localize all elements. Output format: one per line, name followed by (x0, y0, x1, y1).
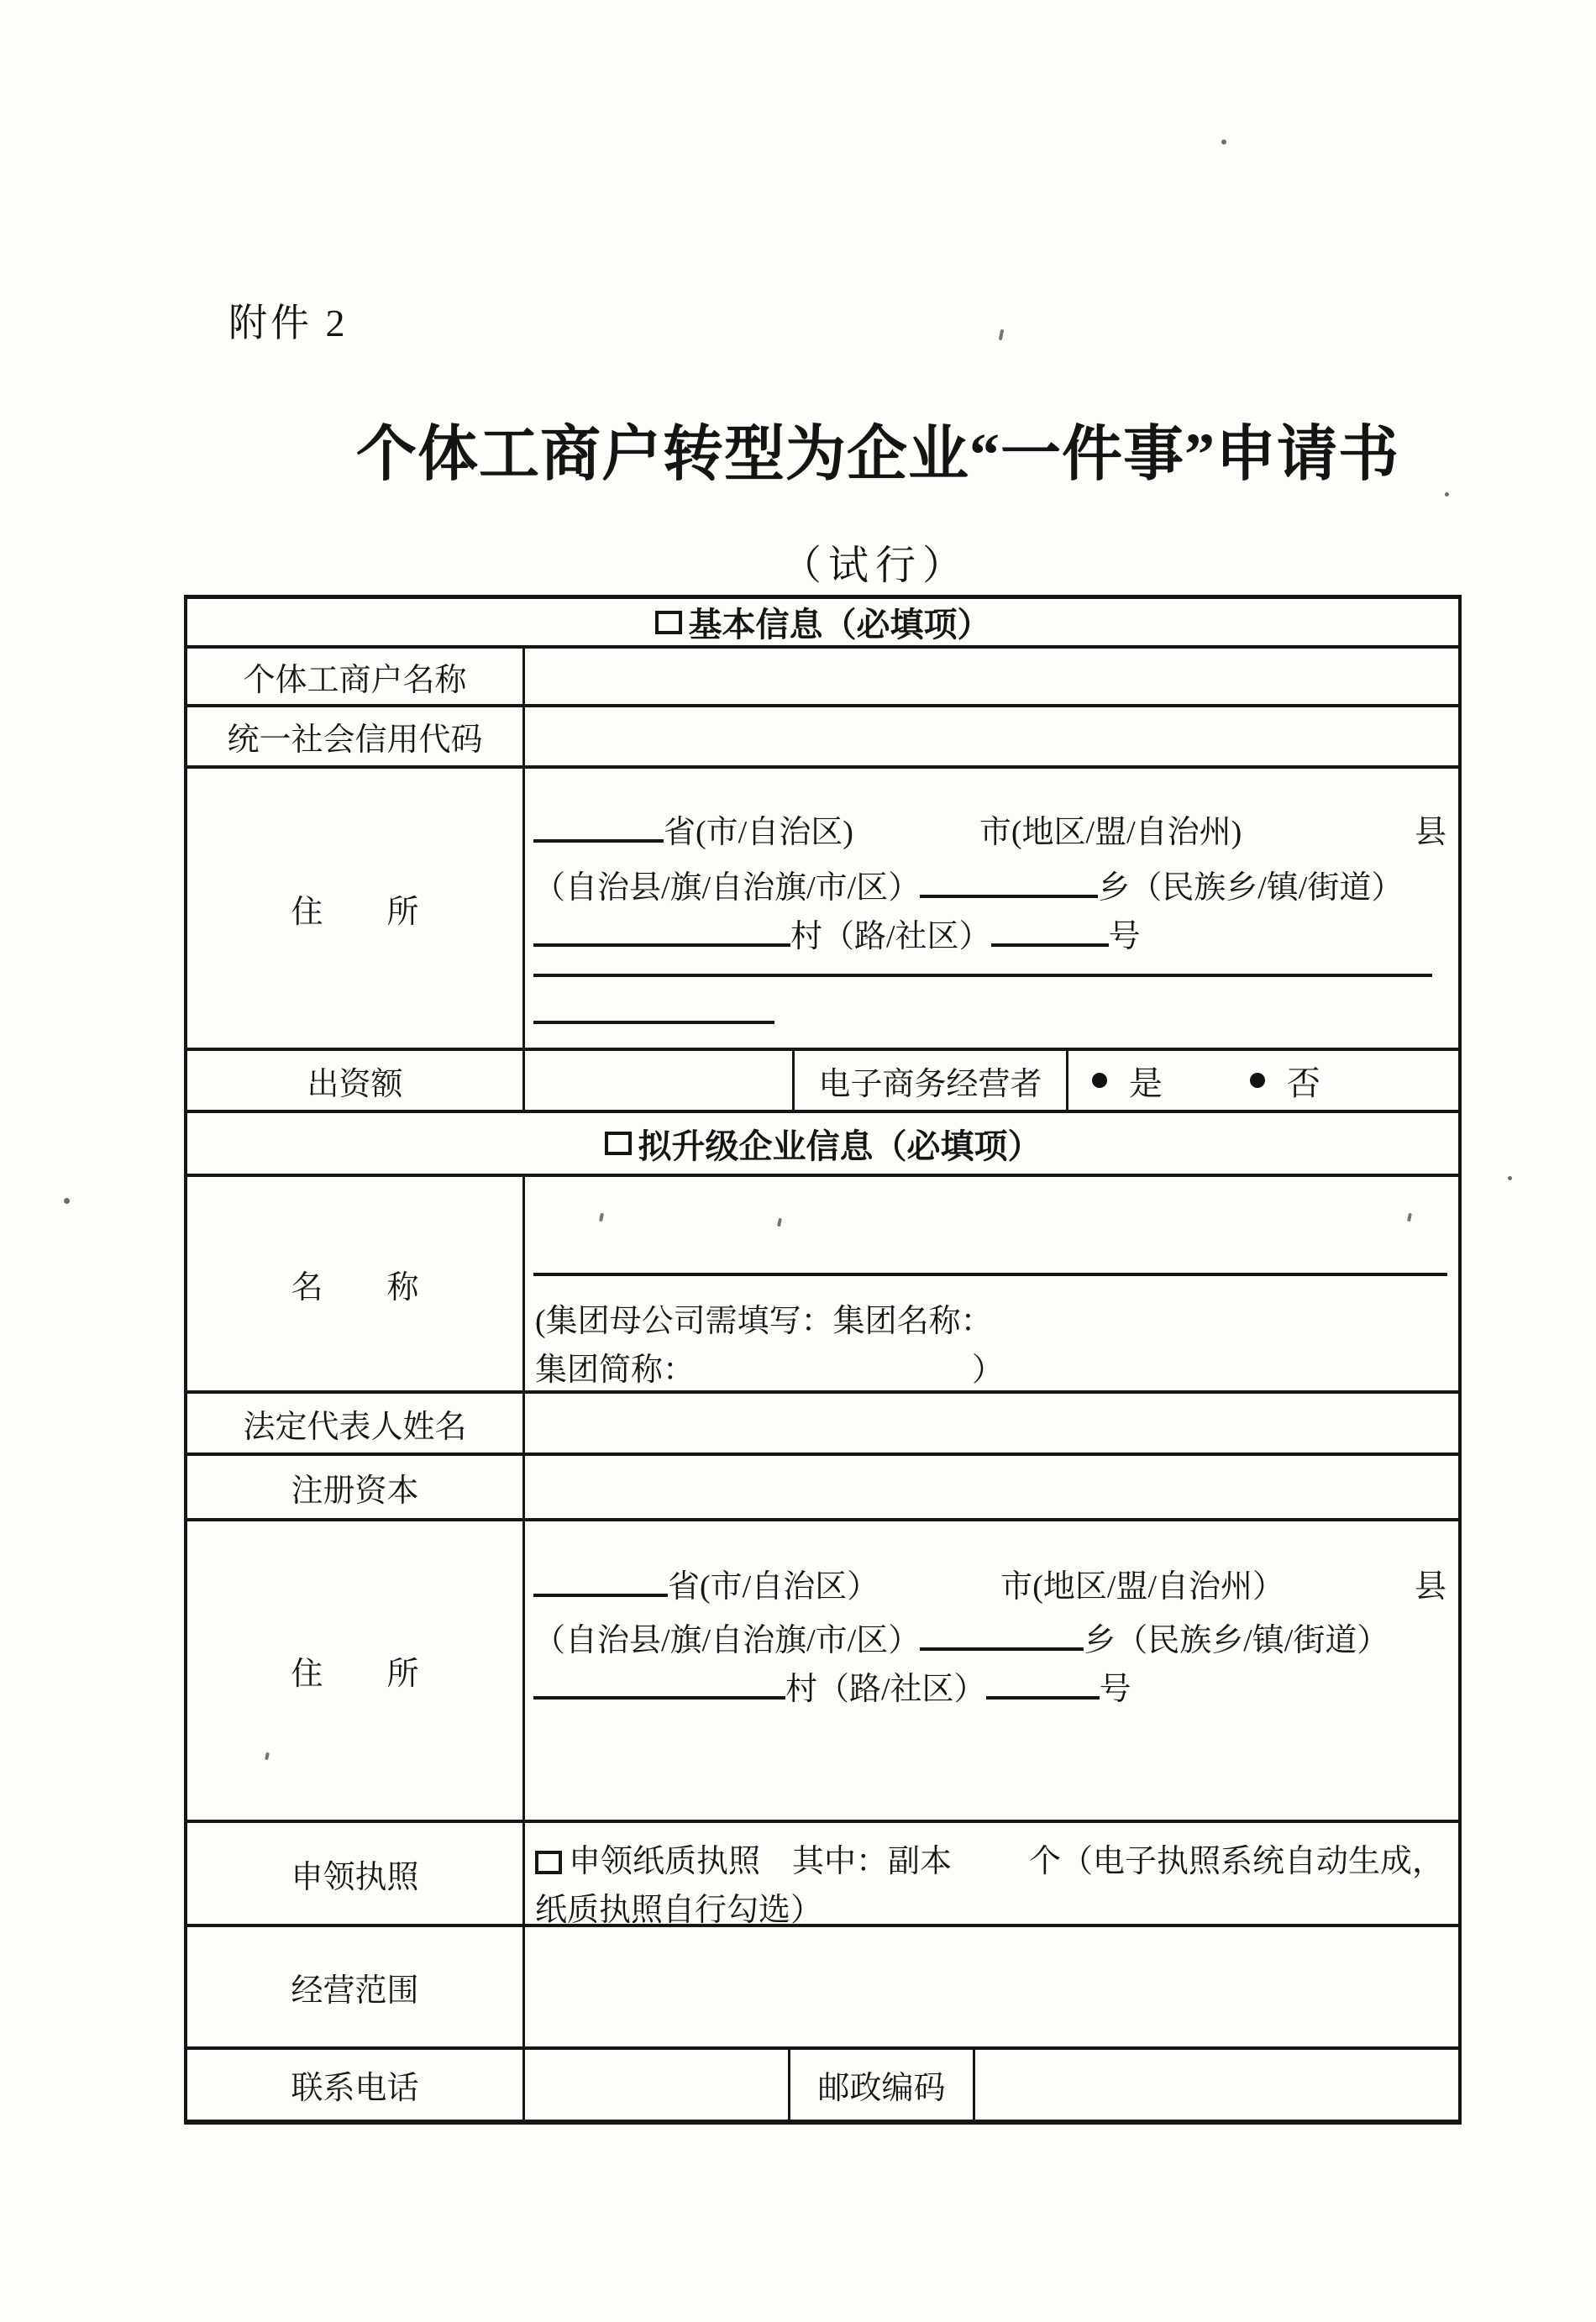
business-name-label: 个体工商户名称 (187, 649, 525, 704)
row-scope: 经营范围 (187, 1927, 1458, 2050)
application-form-table: 基本信息（必填项） 个体工商户名称 统一社会信用代码 住 所 省(市/自治区)市… (184, 595, 1462, 2125)
address-line-1: 省(市/自治区)市(地区/盟/自治州)县 (533, 806, 1446, 852)
scan-speck (1221, 139, 1226, 144)
address-line-3: 村（路/社区）号 (533, 1663, 1446, 1709)
enterprise-name-label: 名 称 (187, 1177, 525, 1390)
address-township-text: 乡（民族乡/镇/街道） (1084, 1614, 1389, 1660)
address-line-3: 村（路/社区）号 (533, 910, 1446, 956)
address-county-text: 县 (1415, 1560, 1446, 1606)
address-county-text: 县 (1415, 806, 1446, 852)
group-short-name-text: 集团简称： (535, 1353, 695, 1388)
postal-label: 邮政编码 (790, 2050, 975, 2120)
radio-yes-icon (1092, 1073, 1107, 1088)
row-license: 申领执照 申领纸质执照 其中：副本个（电子执照系统自动生成， 纸质执照自行勾选） (187, 1823, 1458, 1927)
group-note-close-paren: ） (972, 1353, 1004, 1388)
scan-speck (999, 329, 1005, 341)
row-reg-capital: 注册资本 (187, 1456, 1458, 1521)
scan-speck (1445, 492, 1449, 496)
reg-capital-label: 注册资本 (187, 1456, 525, 1518)
checkbox-icon (605, 1132, 632, 1155)
address-city-text: 市(地区/盟/自治州） (1000, 1560, 1284, 1606)
reg-capital-value-cell (525, 1456, 1458, 1518)
attachment-label: 附件 2 (228, 292, 349, 348)
address-number-text: 号 (1109, 910, 1141, 956)
group-note-line-1: (集团母公司需填写：集团名称： (535, 1295, 993, 1341)
section-header-upgrade-info: 拟升级企业信息（必填项） (187, 1113, 1458, 1177)
address-province-text: 省(市/自治区） (668, 1560, 879, 1606)
phone-label: 联系电话 (187, 2050, 525, 2120)
scope-label: 经营范围 (187, 1927, 525, 2046)
option-no-label: 否 (1287, 1057, 1320, 1105)
scan-speck (1508, 1176, 1512, 1180)
row-credit-code: 统一社会信用代码 (187, 707, 1458, 769)
license-line-2: 纸质执照自行勾选） (535, 1883, 822, 1930)
row-enterprise-name: 名 称 (集团母公司需填写：集团名称： 集团简称：） (187, 1177, 1458, 1394)
blank-line (986, 1693, 1100, 1699)
page-title: 个体工商户转型为企业“一件事”申请书 (356, 405, 1399, 492)
option-yes-label: 是 (1129, 1057, 1163, 1105)
blank-line (533, 974, 1432, 977)
section-header-upgrade-label: 拟升级企业信息（必填项） (638, 1120, 1042, 1168)
row-business-name: 个体工商户名称 (187, 649, 1458, 707)
address-village-text: 村（路/社区） (785, 1663, 986, 1709)
scanned-form-page: 附件 2 个体工商户转型为企业“一件事”申请书 （试行） 基本信息（必填项） 个… (0, 0, 1596, 2322)
business-name-value-cell (525, 649, 1458, 704)
blank-line (533, 1590, 668, 1597)
legal-rep-value-cell (525, 1394, 1458, 1453)
row-capital-ecommerce: 出资额 电子商务经营者 是 否 (187, 1051, 1458, 1113)
address-line-2: （自治县/旗/自治旗/市/区）乡（民族乡/镇/街道） (533, 1614, 1446, 1660)
page-subtitle: （试行） (781, 533, 969, 591)
blank-line (920, 891, 1098, 898)
phone-value-cell (525, 2050, 790, 2120)
address-district-text: （自治县/旗/自治旗/市/区） (533, 1614, 920, 1660)
address-district-text: （自治县/旗/自治旗/市/区） (533, 861, 920, 907)
blank-line (533, 836, 664, 843)
blank-line (533, 1273, 1447, 1276)
radio-no-icon (1250, 1073, 1265, 1088)
license-cell: 申领纸质执照 其中：副本个（电子执照系统自动生成， 纸质执照自行勾选） (525, 1823, 1458, 1924)
section-header-basic-label: 基本信息（必填项） (689, 598, 991, 646)
address-township-text: 乡（民族乡/镇/街道） (1098, 861, 1403, 907)
credit-code-value-cell (525, 707, 1458, 765)
address-basic-label: 住 所 (187, 769, 525, 1048)
section-header-basic-info: 基本信息（必填项） (187, 599, 1458, 649)
address-line-1: 省(市/自治区）市(地区/盟/自治州）县 (533, 1560, 1446, 1606)
checkbox-icon (655, 611, 682, 634)
blank-line (533, 1693, 785, 1699)
address-village-text: 村（路/社区） (790, 910, 991, 956)
blank-line (991, 940, 1109, 947)
license-text-b: 个（电子执照系统自动生成， (1029, 1844, 1444, 1879)
legal-rep-label: 法定代表人姓名 (187, 1394, 525, 1453)
address-number-text: 号 (1100, 1663, 1131, 1709)
scope-value-cell (525, 1927, 1458, 2046)
address-city-text: 市(地区/盟/自治州) (979, 806, 1242, 852)
address-upgrade-label: 住 所 (187, 1521, 525, 1820)
blank-line (920, 1644, 1084, 1651)
address-line-2: （自治县/旗/自治旗/市/区）乡（民族乡/镇/街道） (533, 861, 1446, 907)
credit-code-label: 统一社会信用代码 (187, 707, 525, 765)
address-upgrade-template-cell: 省(市/自治区）市(地区/盟/自治州）县 （自治县/旗/自治旗/市/区）乡（民族… (525, 1521, 1458, 1820)
license-text-a: 申领纸质执照 其中：副本 (569, 1844, 952, 1879)
capital-value-cell (525, 1051, 795, 1110)
postal-value-cell (975, 2050, 1458, 2120)
checkbox-icon (535, 1851, 562, 1874)
row-address-basic: 住 所 省(市/自治区)市(地区/盟/自治州)县 （自治县/旗/自治旗/市/区）… (187, 769, 1458, 1051)
address-province-text: 省(市/自治区) (664, 806, 853, 852)
row-address-upgrade: 住 所 省(市/自治区）市(地区/盟/自治州）县 （自治县/旗/自治旗/市/区）… (187, 1521, 1458, 1823)
address-basic-template-cell: 省(市/自治区)市(地区/盟/自治州)县 （自治县/旗/自治旗/市/区）乡（民族… (525, 769, 1458, 1048)
scan-speck (64, 1198, 70, 1204)
blank-line (533, 940, 790, 947)
license-line-1: 申领纸质执照 其中：副本个（电子执照系统自动生成， (535, 1835, 1444, 1881)
ecommerce-options: 是 否 (1068, 1051, 1458, 1110)
capital-label: 出资额 (187, 1051, 525, 1110)
row-legal-rep: 法定代表人姓名 (187, 1394, 1458, 1456)
ecommerce-label: 电子商务经营者 (795, 1051, 1068, 1110)
group-note-line-2: 集团简称：） (535, 1343, 1004, 1390)
blank-line (533, 1021, 774, 1024)
license-label: 申领执照 (187, 1823, 525, 1924)
row-phone-postal: 联系电话 邮政编码 (187, 2050, 1458, 2120)
enterprise-name-cell: (集团母公司需填写：集团名称： 集团简称：） (525, 1177, 1458, 1390)
